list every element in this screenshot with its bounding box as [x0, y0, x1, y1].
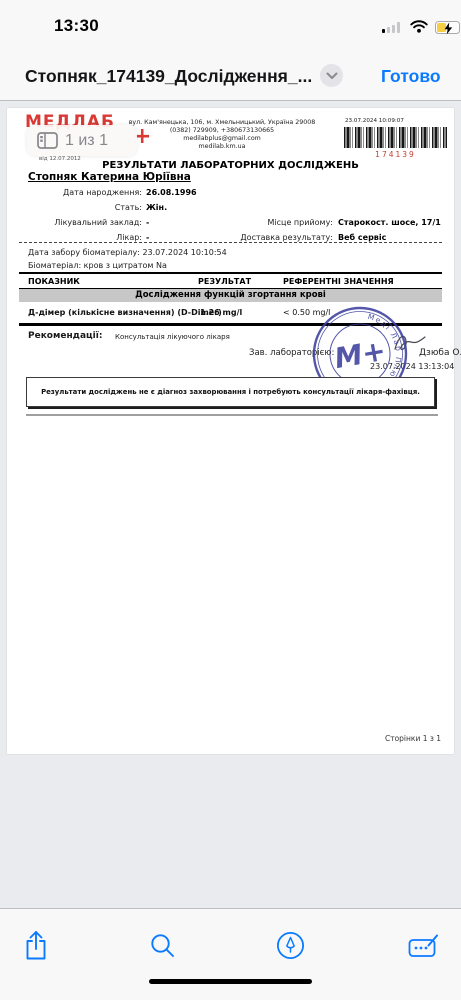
markup-icon	[276, 931, 305, 960]
top-chrome: 13:30 Стопняк_174139_Дослідження_... Гот…	[0, 0, 461, 101]
page-footer: Сторінки 1 з 1	[385, 734, 441, 743]
cell-indicator: Д-дімер (кількісне визначення) (D-Dimer)	[28, 308, 222, 317]
title-menu-button[interactable]	[320, 64, 343, 87]
search-icon	[149, 932, 176, 959]
field-value: Старокост. шосе, 17/1	[338, 218, 441, 227]
column-header: ПОКАЗНИК	[28, 277, 80, 286]
sampling-date: Дата забору біоматеріалу: 23.07.2024 10:…	[28, 248, 227, 257]
page-count-pill: 1 из 1	[27, 125, 137, 156]
search-button[interactable]	[144, 927, 180, 963]
table-border-top	[19, 272, 442, 274]
field-label: Доставка результату:	[187, 233, 333, 242]
table-group-header: Дослідження функцій згортання крові	[19, 289, 442, 302]
bottom-toolbar	[0, 908, 461, 1000]
page-indicator-text: 1 из 1	[65, 132, 108, 150]
document-title: Стопняк_174139_Дослідження_...	[25, 66, 312, 87]
column-header: РЕЗУЛЬТАТ	[198, 277, 251, 286]
disclaimer-underline	[26, 414, 438, 416]
battery-charging-icon	[435, 21, 460, 34]
signature-button[interactable]	[405, 927, 441, 963]
charging-bolt-icon	[443, 22, 454, 35]
biomaterial: Біоматеріал: кров з цитратом Na	[28, 261, 167, 270]
status-time: 13:30	[54, 16, 99, 36]
barcode	[344, 127, 447, 148]
share-button[interactable]	[18, 927, 54, 963]
lab-address: вул. Кам'янецька, 106, м. Хмельницький, …	[122, 119, 322, 127]
field-value: Жін.	[146, 203, 167, 212]
cellular-icon	[382, 22, 404, 33]
chevron-down-icon	[326, 72, 338, 80]
cell-result: 1.26 mg/l	[200, 308, 242, 317]
field-value: 26.08.1996	[146, 188, 197, 197]
stamp-monogram: М+	[332, 334, 388, 375]
field-value: -	[146, 218, 149, 227]
lab-phones: (0382) 729909, +380673130665	[122, 127, 322, 135]
share-icon	[23, 930, 49, 961]
signature-icon	[408, 932, 439, 959]
lab-email: medilabplus@gmail.com	[122, 135, 322, 143]
field-label: Стать:	[28, 203, 142, 212]
home-indicator[interactable]	[149, 979, 312, 984]
field-label: Лікар:	[28, 233, 142, 242]
disclaimer-box: Результати досліджень не є діагноз захво…	[26, 377, 435, 407]
column-header: РЕФЕРЕНТНІ ЗНАЧЕННЯ	[283, 277, 394, 286]
field-value: -	[146, 233, 149, 242]
field-label: Місце прийому:	[187, 218, 333, 227]
field-value: Веб сервіс	[338, 233, 386, 242]
signatory-name: Дзюба О. І.	[419, 348, 461, 358]
barcode-number: 174139	[344, 150, 447, 159]
page-thumbnails-icon	[37, 132, 58, 149]
field-label: Лікувальний заклад:	[28, 218, 142, 227]
markup-button[interactable]	[272, 927, 308, 963]
field-label: Дата народження:	[28, 188, 142, 197]
document-page[interactable]: МЕДЛАБ + від 12.07.2012 1 из 1 вул. Кам'…	[7, 108, 454, 754]
recommendations-label: Рекомендації:	[28, 331, 102, 341]
print-datetime: 23.07.2024 10:09:07	[345, 118, 404, 124]
lab-website: medilab.km.ua	[122, 143, 322, 151]
lab-contacts: вул. Кам'янецька, 106, м. Хмельницький, …	[122, 119, 322, 151]
license-date: від 12.07.2012	[39, 156, 81, 162]
wifi-icon	[410, 20, 428, 38]
patient-name: Стопняк Катерина Юріївна	[28, 171, 191, 183]
disclaimer-text: Результати досліджень не є діагноз захво…	[41, 388, 420, 396]
dashed-divider	[19, 242, 442, 243]
recommendations-text: Консультація лікуючого лікаря	[115, 333, 230, 341]
done-button[interactable]: Готово	[381, 66, 441, 87]
